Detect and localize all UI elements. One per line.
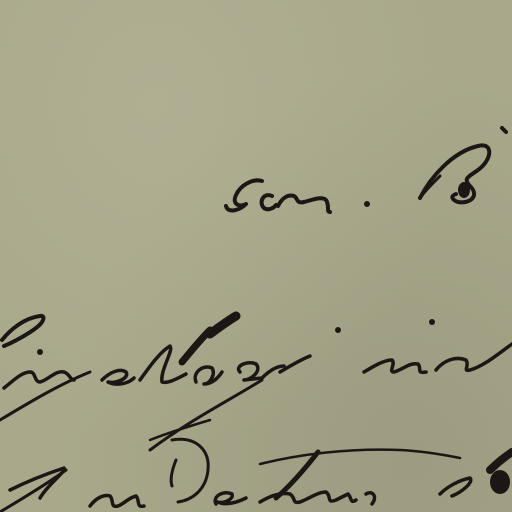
heading-scr-b <box>226 128 506 212</box>
line-lizelagi <box>0 316 512 450</box>
handwriting-ink <box>0 0 512 512</box>
line-fundetur <box>0 420 512 512</box>
